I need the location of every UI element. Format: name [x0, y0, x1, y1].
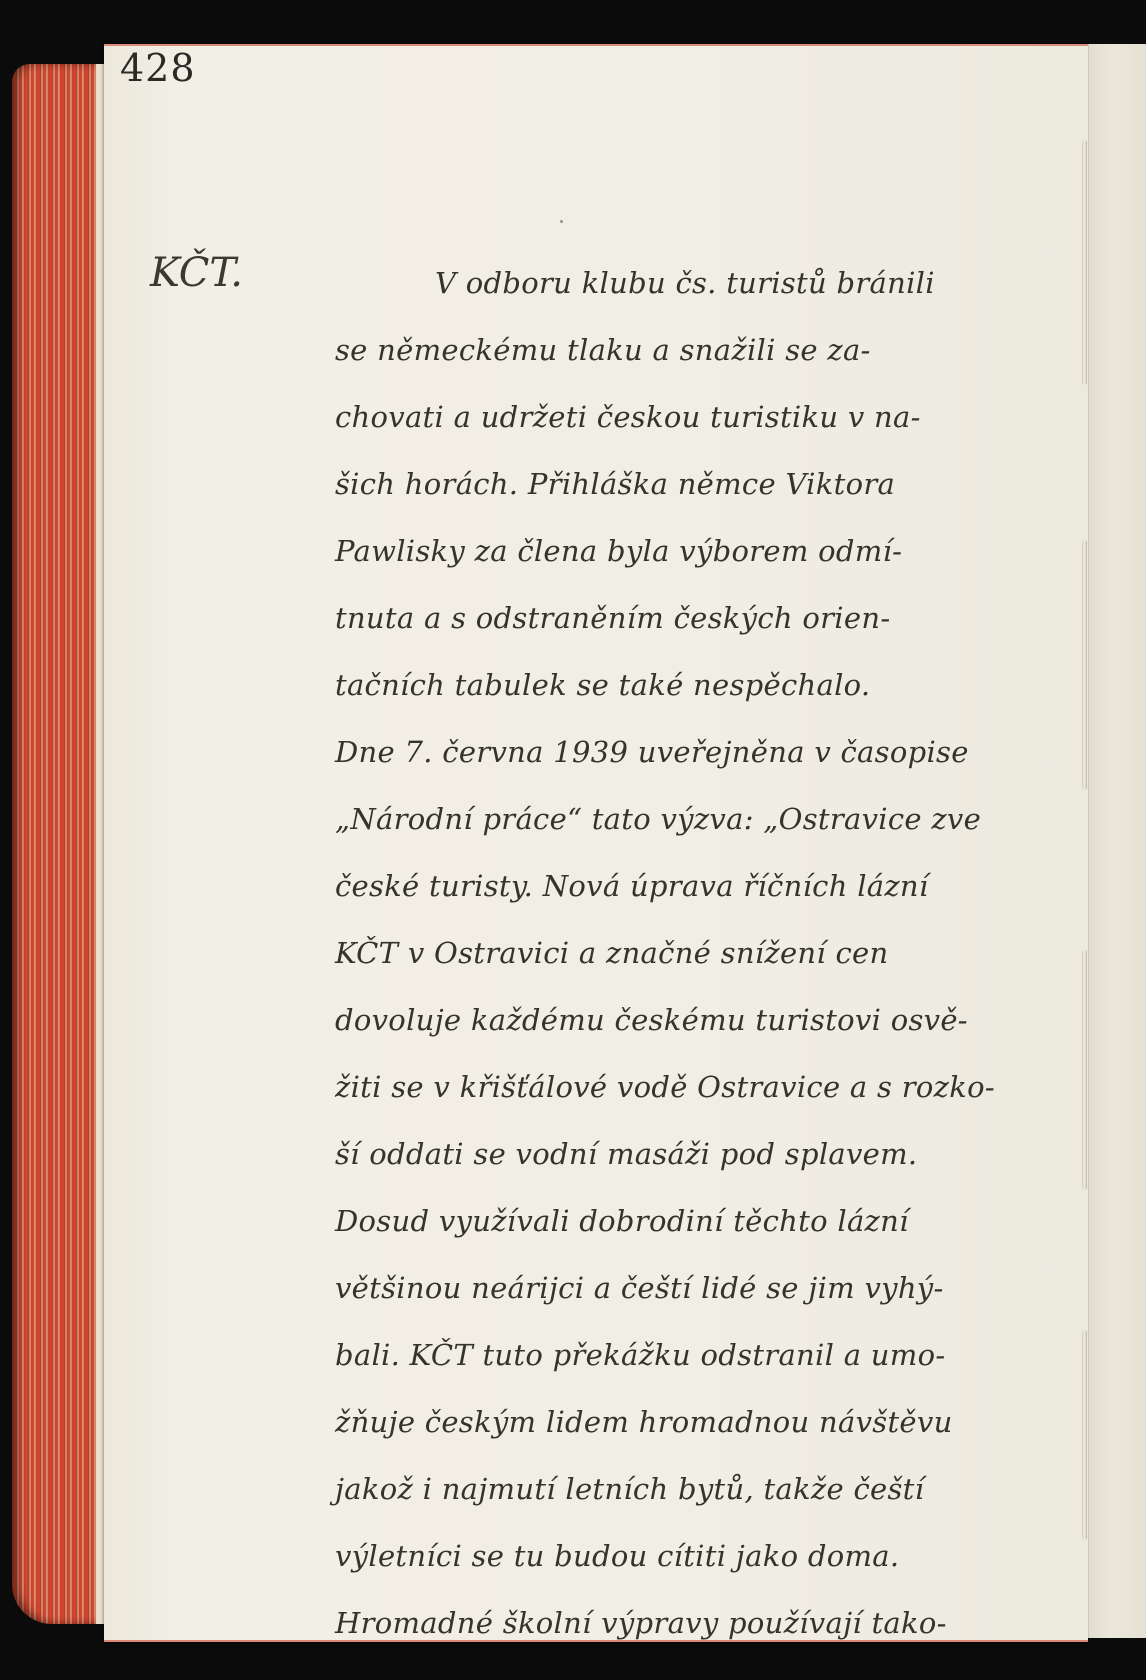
paper-speck	[560, 220, 563, 223]
binding-thread	[1082, 140, 1087, 385]
text-line: šich horách. Přihláška němce Viktora	[335, 451, 995, 518]
text-line: žiti se v křišťálové vodě Ostravice a s …	[335, 1054, 995, 1121]
binding-thread	[1082, 540, 1087, 790]
text-line: ší oddati se vodní masáži pod splavem.	[335, 1121, 995, 1188]
text-line: tnuta a s odstraněním českých orien-	[335, 585, 995, 652]
text-line: dovoluje každému českému turistovi osvě-	[335, 987, 995, 1054]
text-line: výletníci se tu budou cítiti jako doma.	[335, 1523, 995, 1590]
handwritten-text-block: V odboru klubu čs. turistů bránili se ně…	[335, 250, 995, 1657]
text-line: KČT v Ostravici a značné snížení cen	[335, 920, 995, 987]
text-line: většinou neárijci a čeští lidé se jim vy…	[335, 1255, 995, 1322]
red-page-edges	[12, 64, 104, 1624]
text-line: Pawlisky za člena byla výborem odmí-	[335, 518, 995, 585]
text-line: V odboru klubu čs. turistů bránili	[335, 250, 995, 317]
text-line: české turisty. Nová úprava říčních lázní	[335, 853, 995, 920]
scanned-book-scene: 428 KČT. V odboru klubu čs. turistů brán…	[0, 0, 1146, 1680]
text-line: „Národní práce“ tato výzva: „Ostravice z…	[335, 786, 995, 853]
page-number: 428	[120, 46, 196, 90]
text-line: žňuje českým lidem hromadnou návštěvu	[335, 1389, 995, 1456]
text-line: tačních tabulek se také nespěchalo.	[335, 652, 995, 719]
text-line: Hromadné školní výpravy používají tako-	[335, 1590, 995, 1657]
binding-thread	[1082, 950, 1087, 1190]
text-line: se německému tlaku a snažili se za-	[335, 317, 995, 384]
facing-page-gutter	[1088, 44, 1146, 1638]
text-line: Dne 7. června 1939 uveřejněna v časopise	[335, 719, 995, 786]
text-line: jakož i najmutí letních bytů, takže češt…	[335, 1456, 995, 1523]
binding-thread	[1082, 1330, 1087, 1540]
text-line: bali. KČT tuto překážku odstranil a umo-	[335, 1322, 995, 1389]
text-line: Dosud využívali dobrodiní těchto lázní	[335, 1188, 995, 1255]
text-line: chovati a udržeti českou turistiku v na-	[335, 384, 995, 451]
margin-note: KČT.	[150, 250, 243, 296]
